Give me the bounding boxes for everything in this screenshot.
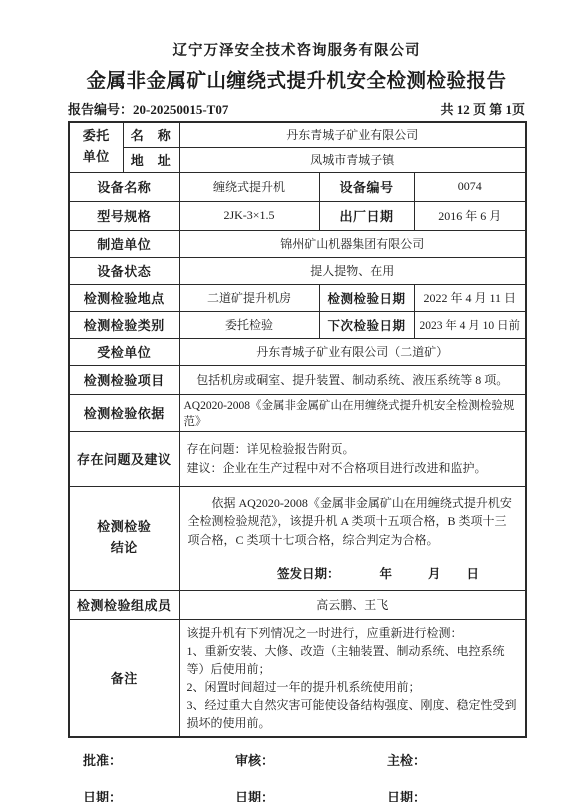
report-header: 辽宁万泽安全技术咨询服务有限公司 金属非金属矿山缠绕式提升机安全检测检验报告 报… xyxy=(68,39,525,118)
row-basis: 检测检验依据 AQ2020-2008《金属非金属矿山在用缠绕式提升机安全检测检验… xyxy=(69,394,526,431)
device-no-value: 0074 xyxy=(414,172,526,201)
model-value: 2JK-3×1.5 xyxy=(179,201,319,230)
client-unit-label: 委托 单位 xyxy=(69,122,123,172)
items-label: 检测检验项目 xyxy=(69,365,179,394)
location-value: 二道矿提升机房 xyxy=(179,284,319,311)
problems-value: 存在问题：详见检验报告附页。 建议：企业在生产过程中对不合格项目进行改进和监护。 xyxy=(179,431,526,486)
manufacturer-label: 制造单位 xyxy=(69,230,179,257)
signature-block: 批准： 审核： 主检： 日期： 日期： 日期： xyxy=(68,750,525,802)
row-team: 检测检验组成员 高云鹏、王飞 xyxy=(69,590,526,619)
sign-day: 日 xyxy=(467,567,480,581)
sign-date-line: 签发日期：年月日 xyxy=(188,564,518,582)
basis-value: AQ2020-2008《金属非金属矿山在用缠绕式提升机安全检测检验规范》 xyxy=(179,394,526,431)
review-date-label: 日期： xyxy=(235,787,387,802)
remark-line: 1、重新安装、大修、改造（主轴装置、制动系统、电控系统等）后使用前； xyxy=(187,642,519,678)
row-manufacturer: 制造单位 锦州矿山机器集团有限公司 xyxy=(69,230,526,257)
device-name-value: 缠绕式提升机 xyxy=(179,172,319,201)
report-number: 报告编号：20-20250015-T07 xyxy=(68,99,228,118)
remark-line: 3、经过重大自然灾害可能使设备结构强度、刚度、稳定性受到损坏的使用前。 xyxy=(187,696,519,732)
items-value: 包括机房或硐室、提升装置、制动系统、液压系统等 8 项。 xyxy=(179,365,526,394)
inspection-form-table: 委托 单位 名 称 丹东青城子矿业有限公司 地 址 凤城市青城子镇 设备名称 缠… xyxy=(68,121,527,738)
row-client-name: 委托 单位 名 称 丹东青城子矿业有限公司 xyxy=(69,122,526,147)
remark-line: 2、闲置时间超过一年的提升机系统使用前； xyxy=(187,678,519,696)
inspected-unit-label: 受检单位 xyxy=(69,338,179,365)
device-status-value: 提人提物、在用 xyxy=(179,257,526,284)
team-value: 高云鹏、王飞 xyxy=(179,590,526,619)
model-label: 型号规格 xyxy=(69,201,179,230)
report-content: 辽宁万泽安全技术咨询服务有限公司 金属非金属矿山缠绕式提升机安全检测检验报告 报… xyxy=(68,0,525,802)
conclusion-label: 检测检验 结论 xyxy=(69,486,179,590)
remark-line: 该提升机有下列情况之一时进行，应重新进行检测： xyxy=(187,624,519,642)
mfg-date-label: 出厂日期 xyxy=(319,201,414,230)
category-label: 检测检验类别 xyxy=(69,311,179,338)
row-inspected-unit: 受检单位 丹东青城子矿业有限公司（二道矿） xyxy=(69,338,526,365)
report-meta-line: 报告编号：20-20250015-T07 共 12 页 第 1页 xyxy=(68,99,525,118)
row-device-status: 设备状态 提人提物、在用 xyxy=(69,257,526,284)
problems-line-1: 存在问题：详见检验报告附页。 xyxy=(187,440,519,459)
remark-label: 备注 xyxy=(69,619,179,737)
client-name-label: 名 称 xyxy=(123,122,179,147)
device-status-label: 设备状态 xyxy=(69,257,179,284)
client-address-value: 凤城市青城子镇 xyxy=(179,147,526,172)
company-name: 辽宁万泽安全技术咨询服务有限公司 xyxy=(68,39,525,60)
row-conclusion: 检测检验 结论 依据 AQ2020-2008《金属非金属矿山在用缠绕式提升机安全… xyxy=(69,486,526,590)
chief-label: 主检： xyxy=(387,750,525,769)
category-value: 委托检验 xyxy=(179,311,319,338)
conclusion-cell: 依据 AQ2020-2008《金属非金属矿山在用缠绕式提升机安全检测检验规范》，… xyxy=(179,486,526,590)
report-title: 金属非金属矿山缠绕式提升机安全检测检验报告 xyxy=(68,65,525,93)
basis-label: 检测检验依据 xyxy=(69,394,179,431)
row-device-name: 设备名称 缠绕式提升机 设备编号 0074 xyxy=(69,172,526,201)
inspected-unit-value: 丹东青城子矿业有限公司（二道矿） xyxy=(179,338,526,365)
next-date-label: 下次检验日期 xyxy=(319,311,414,338)
client-address-label: 地 址 xyxy=(123,147,179,172)
device-name-label: 设备名称 xyxy=(69,172,179,201)
team-label: 检测检验组成员 xyxy=(69,590,179,619)
manufacturer-value: 锦州矿山机器集团有限公司 xyxy=(179,230,526,257)
device-no-label: 设备编号 xyxy=(319,172,414,201)
sign-year: 年 xyxy=(379,567,392,581)
location-label: 检测检验地点 xyxy=(69,284,179,311)
sign-date-label: 签发日期： xyxy=(277,567,340,581)
problems-label: 存在问题及建议 xyxy=(69,431,179,486)
pagination: 共 12 页 第 1页 xyxy=(440,99,525,118)
problems-line-2: 建议：企业在生产过程中对不合格项目进行改进和监护。 xyxy=(187,459,519,478)
conclusion-text: 依据 AQ2020-2008《金属非金属矿山在用缠绕式提升机安全检测检验规范》，… xyxy=(188,494,518,550)
row-client-address: 地 址 凤城市青城子镇 xyxy=(69,147,526,172)
row-problems: 存在问题及建议 存在问题：详见检验报告附页。 建议：企业在生产过程中对不合格项目… xyxy=(69,431,526,486)
row-items: 检测检验项目 包括机房或硐室、提升装置、制动系统、液压系统等 8 项。 xyxy=(69,365,526,394)
remark-cell: 该提升机有下列情况之一时进行，应重新进行检测： 1、重新安装、大修、改造（主轴装… xyxy=(179,619,526,737)
chief-date-label: 日期： xyxy=(387,787,525,802)
row-remark: 备注 该提升机有下列情况之一时进行，应重新进行检测： 1、重新安装、大修、改造（… xyxy=(69,619,526,737)
review-label: 审核： xyxy=(235,750,387,769)
row-category: 检测检验类别 委托检验 下次检验日期 2023 年 4 月 10 日前 xyxy=(69,311,526,338)
next-date-value: 2023 年 4 月 10 日前 xyxy=(414,311,526,338)
report-page: 辽宁万泽安全技术咨询服务有限公司 金属非金属矿山缠绕式提升机安全检测检验报告 报… xyxy=(0,0,567,802)
row-location: 检测检验地点 二道矿提升机房 检测检验日期 2022 年 4 月 11 日 xyxy=(69,284,526,311)
inspect-date-value: 2022 年 4 月 11 日 xyxy=(414,284,526,311)
row-model: 型号规格 2JK-3×1.5 出厂日期 2016 年 6 月 xyxy=(69,201,526,230)
approve-label: 批准： xyxy=(83,750,235,769)
inspect-date-label: 检测检验日期 xyxy=(319,284,414,311)
sign-month: 月 xyxy=(428,567,441,581)
mfg-date-value: 2016 年 6 月 xyxy=(414,201,526,230)
approve-date-label: 日期： xyxy=(83,787,235,802)
client-name-value: 丹东青城子矿业有限公司 xyxy=(179,122,526,147)
